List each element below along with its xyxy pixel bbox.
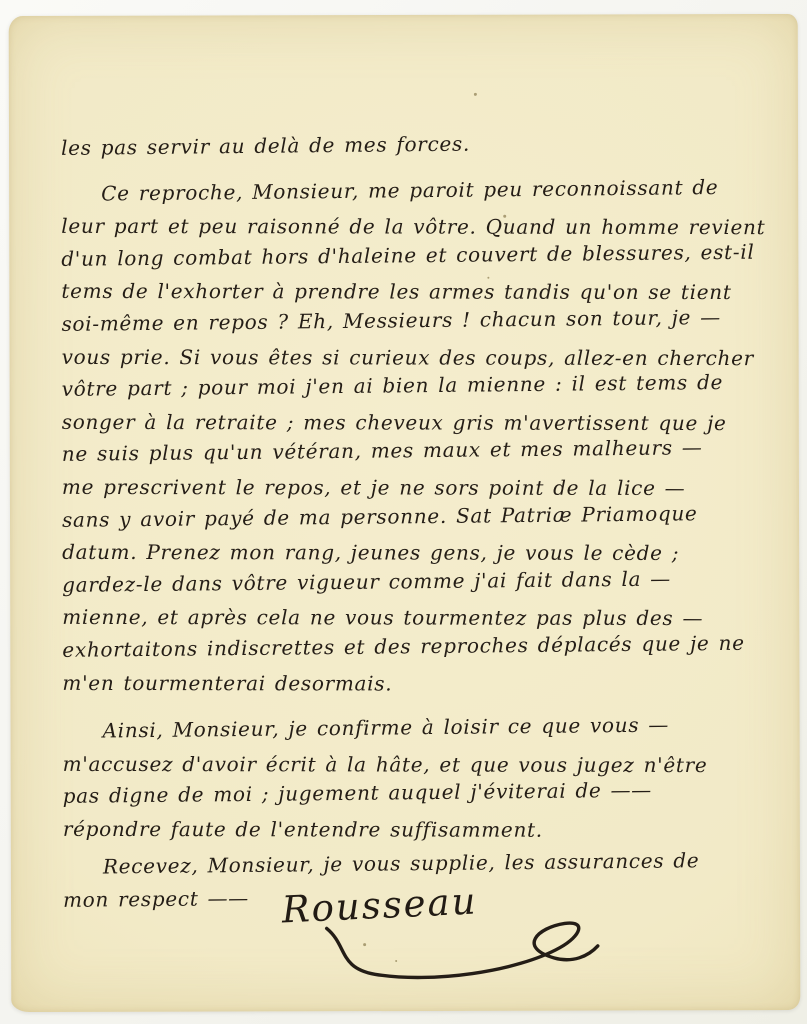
- closing-row: mon respect —— Rousseau: [63, 882, 782, 990]
- paper-speck: [474, 93, 477, 96]
- letter-line: m'en tourmenterai desormais.: [62, 666, 781, 700]
- letter-line: répondre faute de l'entendre suffisammen…: [63, 813, 782, 847]
- paragraph: Ce reproche, Monsieur, me paroit peu rec…: [61, 176, 781, 699]
- paragraph: les pas servir au delà de mes forces.: [61, 130, 780, 164]
- letter-line: les pas servir au delà de mes forces.: [61, 124, 780, 164]
- letter-line: Ainsi, Monsieur, je confirme à loisir ce…: [62, 707, 781, 747]
- letter-line: d'un long combat hors d'haleine et couve…: [61, 235, 780, 275]
- letter-line: sans y avoir payé de ma personne. Sat Pa…: [62, 496, 781, 536]
- signature: Rousseau: [281, 869, 706, 998]
- letter-page: les pas servir au delà de mes forces. Ce…: [9, 14, 801, 1012]
- letter-line: mon respect ——: [63, 882, 249, 917]
- letter-line: vôtre part ; pour moi j'en ai bien la mi…: [62, 366, 781, 406]
- letter-line: pas digne de moi ; jugement auquel j'évi…: [63, 773, 782, 813]
- letter-body: les pas servir au delà de mes forces. Ce…: [61, 130, 782, 990]
- letter-line: Ce reproche, Monsieur, me paroit peu rec…: [61, 170, 780, 210]
- letter-line: gardez-le dans vôtre vigueur comme j'ai …: [62, 561, 781, 601]
- paragraph: Ainsi, Monsieur, je confirme à loisir ce…: [63, 713, 782, 845]
- letter-line: ne suis plus qu'un vétéran, mes maux et …: [62, 431, 781, 471]
- letter-line: exhortaitons indiscrettes et des reproch…: [62, 626, 781, 666]
- letter-line: soi-même en repos ? Eh, Messieurs ! chac…: [61, 300, 780, 340]
- signature-flourish-icon: [316, 910, 609, 1005]
- photo-background: les pas servir au delà de mes forces. Ce…: [0, 0, 807, 1024]
- paragraph: Recevez, Monsieur, je vous supplie, les …: [63, 849, 782, 989]
